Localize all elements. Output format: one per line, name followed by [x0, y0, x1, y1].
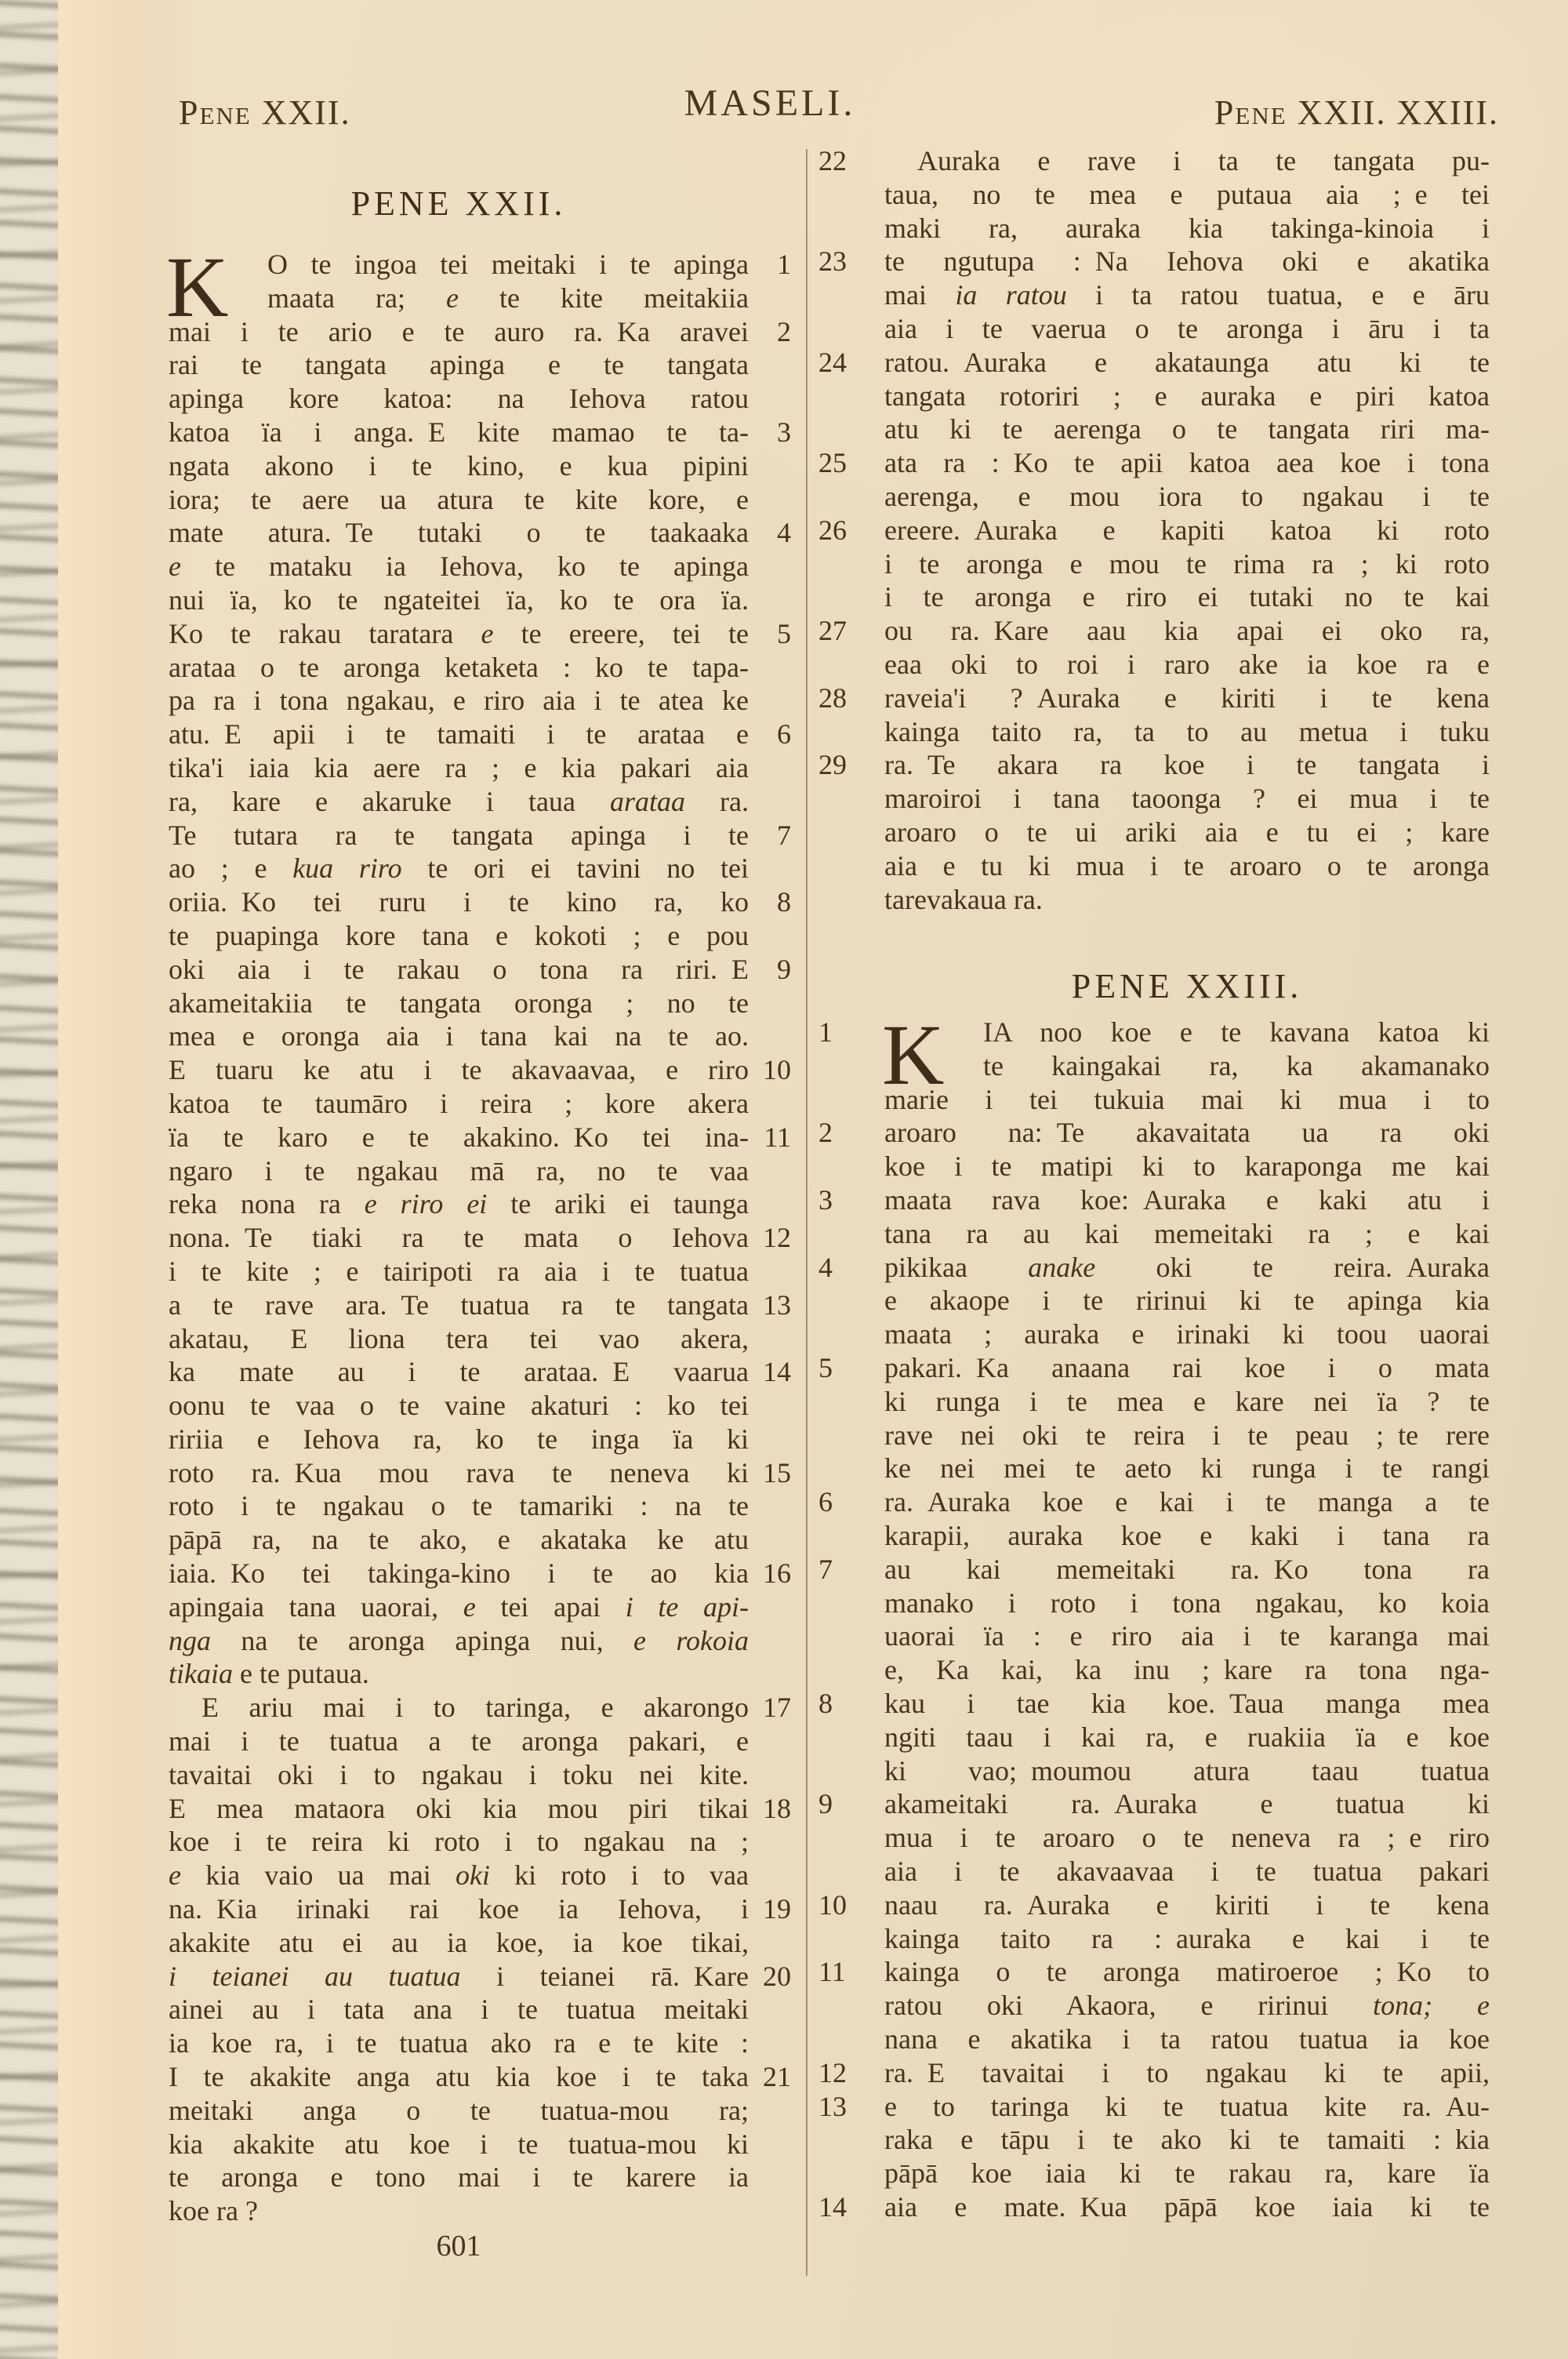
body-text: te ngutupa : Na Iehova oki e akatika	[884, 245, 1490, 277]
text-line: ratou. Auraka e akataunga atu ki te24	[884, 346, 1490, 380]
body-text: taua, no te mea e putaua aia ; e tei	[884, 179, 1490, 210]
body-text: tana ra au kai memeitaki ra ; e kai	[884, 1218, 1490, 1249]
verse-number: 25	[818, 446, 847, 480]
verse-number: 4	[777, 516, 791, 550]
text-line: maki ra, auraka kia takinga-kinoia i	[884, 212, 1490, 245]
text-line: Ko te rakau taratara e te ereere, tei te…	[169, 617, 749, 651]
text-line: ra. Auraka koe e kai i te manga a te6	[884, 1485, 1490, 1519]
text-line: aroaro na: Te akavaitata ua ra oki2	[884, 1116, 1490, 1150]
chapter-heading-pene-xxiii: PENE XXIII.	[884, 966, 1490, 1006]
text-line: raka e tāpu i te ako ki te tamaiti : kia	[884, 2123, 1490, 2157]
body-text: aerenga, e mou iora to ngakau i te	[884, 481, 1490, 512]
body-text: eaa oki to roi i raro ake ia koe ra e	[884, 649, 1490, 680]
text-line: e te mataku ia Iehova, ko te apinga	[169, 550, 749, 583]
body-text: E tuaru ke atu i te akavaavaa, e riro	[169, 1054, 749, 1085]
text-line: atu ki te aerenga o te tangata riri ma-	[884, 413, 1490, 446]
italic-text: e riro ei	[365, 1188, 488, 1219]
text-line: ratou oki Akaora, e ririnui tona; e	[884, 1989, 1490, 2023]
body-text: ata ra : Ko te apii katoa aea koe i tona	[884, 447, 1490, 478]
body-text: ratou oki Akaora, e ririnui	[884, 1990, 1373, 2021]
text-line: iaia. Ko tei takinga-kino i te ao kia16	[169, 1557, 749, 1590]
body-text: aia e tu ki mua i te aroaro o te aronga	[884, 850, 1490, 881]
text-line: i te aronga e mou te rima ra ; ki roto	[884, 547, 1490, 581]
verse-number: 29	[818, 748, 847, 782]
body-text: reka nona ra	[169, 1188, 365, 1219]
body-text: katoa te taumāro i reira ; kore akera	[169, 1088, 749, 1119]
body-text: ou ra. Kare aau kia apai ei oko ra,	[884, 615, 1490, 646]
text-line: kau i tae kia koe. Taua manga mea8	[884, 1687, 1490, 1721]
italic-text: arataa	[610, 786, 685, 817]
body-text: tangata rotoriri ; e auraka e piri katoa	[884, 380, 1490, 412]
text-line: koe i te reira ki roto i to ngakau na ;	[169, 1825, 749, 1859]
text-line: akakite atu ei au ia koe, ia koe tikai,	[169, 1926, 749, 1960]
body-text: maata rava koe: Auraka e kaki atu i	[884, 1184, 1490, 1216]
text-line: oriia. Ko tei ruru i te kino ra, ko8	[169, 885, 749, 919]
text-line: maata rava koe: Auraka e kaki atu i3	[884, 1183, 1490, 1217]
verse-number: 14	[763, 1355, 791, 1389]
body-text: ke nei mei te aeto ki runga i te rangi	[884, 1452, 1490, 1484]
body-text: ngata akono i te kino, e kua pipini	[169, 450, 749, 482]
verse-number: 10	[763, 1053, 791, 1087]
verse-number: 17	[763, 1691, 791, 1725]
body-text: e, Ka kai, ka inu ; kare ra tona nga-	[884, 1654, 1490, 1685]
body-text: ki roto i to vaa	[490, 1859, 749, 1891]
body-text: koe i te matipi ki to karaponga me kai	[884, 1150, 1490, 1182]
text-line: reka nona ra e riro ei te ariki ei taung…	[169, 1187, 749, 1221]
body-text: kainga taito ra : auraka e kai i te	[884, 1923, 1490, 1954]
body-text: e akaope i te ririnui ki te apinga kia	[884, 1285, 1490, 1316]
body-text: tarevakaua ra.	[884, 884, 1043, 915]
text-line: a te rave ara. Te tuatua ra te tangata13	[169, 1289, 749, 1322]
text-line: apingaia tana uaorai, e tei apai i te ap…	[169, 1590, 749, 1624]
verse-number: 4	[818, 1251, 833, 1285]
text-line: E ariu mai i to taringa, e akarongo17	[169, 1691, 749, 1725]
text-line: te aronga e tono mai i te karere ia	[169, 2161, 749, 2194]
right-text-column-ch23: K IA noo koe e te kavana katoa ki1te kai…	[884, 1016, 1490, 2224]
text-line: marie i tei tukuia mai ki mua i to	[884, 1083, 1490, 1117]
body-text: nona. Te tiaki ra te mata o Iehova	[169, 1222, 749, 1253]
text-line: au kai memeitaki ra. Ko tona ra7	[884, 1553, 1490, 1587]
verse-number: 2	[777, 315, 791, 349]
verse-number: 19	[763, 1892, 791, 1926]
text-line: e, Ka kai, ka inu ; kare ra tona nga-	[884, 1653, 1490, 1687]
body-text: Auraka e rave i ta te tangata pu-	[917, 145, 1490, 176]
text-line: ngata akono i te kino, e kua pipini	[169, 449, 749, 483]
verse-number: 6	[777, 718, 791, 751]
verse-number: 11	[818, 1955, 846, 1989]
body-text: ra.	[685, 786, 749, 817]
italic-text: anake	[1028, 1252, 1095, 1283]
body-text: apinga kore katoa: na Iehova ratou	[169, 383, 749, 414]
running-header-title: MASELI.	[684, 82, 856, 125]
text-line: te ngutupa : Na Iehova oki e akatika23	[884, 245, 1490, 278]
verse-number: 21	[763, 2060, 791, 2094]
verse-number: 12	[763, 1221, 791, 1255]
italic-text: e	[463, 1591, 476, 1623]
body-text: pikikaa	[884, 1252, 1028, 1283]
body-text: naau ra. Auraka e kiriti i te kena	[884, 1889, 1490, 1921]
text-line: tana ra au kai memeitaki ra ; e kai	[884, 1217, 1490, 1251]
italic-text: nga	[169, 1625, 211, 1656]
text-line: akameitakiia te tangata oronga ; no te	[169, 987, 749, 1020]
body-text: akameitaki ra. Auraka e tuatua ki	[884, 1788, 1490, 1819]
text-line: aia e mate. Kua pāpā koe iaia ki te14	[884, 2190, 1490, 2224]
body-text: akameitakiia te tangata oronga ; no te	[169, 987, 749, 1019]
body-text: i te aronga e riro ei tutaki no te kai	[884, 581, 1490, 612]
body-text: ki runga i te mea e kare nei ïa ? te	[884, 1386, 1490, 1417]
body-text: E mea mataora oki kia mou piri tikai	[169, 1793, 749, 1824]
body-text: ra. E tavaitai i to ngakau ki te apii,	[884, 2057, 1490, 2088]
text-line: ainei au i tata ana i te tuatua meitaki	[169, 1993, 749, 2026]
body-text: i teianei rā. Kare	[461, 1961, 749, 1992]
text-line: I te akakite anga atu kia koe i te taka2…	[169, 2060, 749, 2094]
italic-text: kua riro	[292, 852, 401, 884]
verse-number: 13	[818, 2090, 847, 2124]
body-text: ainei au i tata ana i te tuatua meitaki	[169, 1994, 749, 2025]
body-text: nui ïa, ko te ngateitei ïa, ko te ora ïa…	[169, 584, 749, 616]
body-text	[1432, 1990, 1477, 2021]
text-line: tavaitai oki i to ngakau i toku nei kite…	[169, 1758, 749, 1792]
body-text: akakite atu ei au ia koe, ia koe tikai,	[169, 1927, 749, 1958]
body-text: te mataku ia Iehova, ko te apinga	[181, 551, 749, 582]
body-text: E ariu mai i to taringa, e akarongo	[201, 1692, 749, 1723]
text-line: i te kite ; e tairipoti ra aia i te tuat…	[169, 1255, 749, 1289]
text-line: naau ra. Auraka e kiriti i te kena10	[884, 1888, 1490, 1922]
text-line: na. Kia irinaki rai koe ia Iehova, i19	[169, 1892, 749, 1926]
text-line: akatau, E liona tera tei vao akera,	[169, 1322, 749, 1356]
body-text: pāpā koe iaia ki te rakau ra, kare ïa	[884, 2157, 1490, 2189]
text-line: nga na te aronga apinga nui, e rokoia	[169, 1624, 749, 1658]
body-text: kainga taito ra, ta to au metua i tuku	[884, 716, 1490, 747]
body-text: oonu te vaa o te vaine akaturi : ko tei	[169, 1390, 749, 1421]
body-text: katoa ïa i anga. E kite mamao te ta-	[169, 416, 749, 448]
body-text: I te akakite anga atu kia koe i te taka	[169, 2061, 749, 2092]
body-text: te kaingakai ra, ka akamanako	[983, 1050, 1490, 1081]
text-line: tangata rotoriri ; e auraka e piri katoa	[884, 380, 1490, 413]
body-text: kainga o te aronga matiroeroe ; Ko to	[884, 1956, 1490, 1987]
body-text: pāpā ra, na te ako, e akataka ke atu	[169, 1524, 749, 1555]
body-text: te ariki ei taunga	[487, 1188, 749, 1219]
text-line: aia i te akavaavaa i te tuatua pakari	[884, 1855, 1490, 1888]
text-line: katoa te taumāro i reira ; kore akera	[169, 1087, 749, 1121]
text-line: i te aronga e riro ei tutaki no te kai	[884, 580, 1490, 614]
running-header-right: Pene XXII. XXIII.	[1214, 93, 1499, 133]
body-text: pakari. Ka anaana rai koe i o mata	[884, 1352, 1490, 1383]
text-line: aia i te vaerua o te aronga i āru i ta	[884, 312, 1490, 346]
body-text: aroaro na: Te akavaitata ua ra oki	[884, 1117, 1490, 1148]
body-text: e te putaua.	[233, 1658, 369, 1689]
body-text: mate atura. Te tutaki o te taakaaka	[169, 517, 749, 548]
running-header-left: Pene XXII.	[179, 93, 351, 133]
text-line: ririia e Iehova ra, ko te inga ïa ki	[169, 1423, 749, 1456]
text-line: raveia'i ? Auraka e kiriti i te kena28	[884, 682, 1490, 715]
text-line: e akaope i te ririnui ki te apinga kia	[884, 1284, 1490, 1318]
body-text: i te kite ; e tairipoti ra aia i te tuat…	[169, 1256, 749, 1287]
italic-text: i teianei au tuatua	[169, 1961, 461, 1992]
verse-number: 27	[818, 614, 847, 648]
text-line: maata ra; e te kite meitakiia	[169, 282, 749, 315]
body-text: au kai memeitaki ra. Ko tona ra	[884, 1554, 1490, 1585]
italic-text: oki	[456, 1859, 490, 1891]
body-text: raveia'i ? Auraka e kiriti i te kena	[884, 682, 1490, 714]
body-text: ereere. Auraka e kapiti katoa ki roto	[884, 514, 1490, 546]
text-line: rave nei oki te reira i te peau ; te rer…	[884, 1419, 1490, 1452]
text-line: ra. Te akara ra koe i te tangata i29	[884, 748, 1490, 782]
text-line: oonu te vaa o te vaine akaturi : ko tei	[169, 1389, 749, 1423]
body-text: marie i tei tukuia mai ki mua i to	[884, 1084, 1490, 1115]
column-divider-rule	[806, 149, 808, 2276]
text-line: kia akakite atu koe i te tuatua-mou ki	[169, 2128, 749, 2161]
body-text: mai	[884, 279, 955, 311]
text-line: katoa ïa i anga. E kite mamao te ta-3	[169, 416, 749, 449]
body-text: te ori ei tavini no tei	[402, 852, 749, 884]
body-text: te aronga e tono mai i te karere ia	[169, 2161, 749, 2193]
body-text: aia e mate. Kua pāpā koe iaia ki te	[884, 2191, 1490, 2223]
body-text: aroaro o te ui ariki aia e tu ei ; kare	[884, 816, 1490, 848]
verse-number: 8	[818, 1687, 833, 1721]
text-line: E tuaru ke atu i te akavaavaa, e riro10	[169, 1053, 749, 1087]
body-text: IA noo koe e te kavana katoa ki	[983, 1016, 1490, 1048]
body-text: O te ingoa tei meitaki i te apinga	[267, 249, 749, 280]
verse-number: 3	[818, 1183, 833, 1217]
body-text: mai i te tuatua a te aronga pakari, e	[169, 1725, 749, 1757]
italic-text: e	[169, 551, 181, 582]
body-text: i ta ratou tuatua, e e āru	[1067, 279, 1490, 311]
body-text: pa ra i tona ngakau, e riro aia i te ate…	[169, 685, 749, 716]
body-text: ao ; e	[169, 852, 292, 884]
text-line: atu. E apii i te tamaiti i te arataa e6	[169, 718, 749, 751]
scanned-book-page: Pene XXII. MASELI. Pene XXII. XXIII. PEN…	[0, 0, 1568, 2359]
body-text: mea e oronga aia i tana kai na te ao.	[169, 1020, 749, 1052]
italic-text: e	[481, 618, 494, 649]
verse-number: 1	[818, 1016, 833, 1049]
text-line: te kaingakai ra, ka akamanako	[884, 1049, 1490, 1083]
text-line: apinga kore katoa: na Iehova ratou	[169, 382, 749, 416]
body-text: na te aronga apinga nui,	[211, 1625, 633, 1656]
text-line: ou ra. Kare aau kia apai ei oko ra,27	[884, 614, 1490, 648]
body-text: kia akakite atu koe i te tuatua-mou ki	[169, 2128, 749, 2160]
text-line: karapii, auraka koe e kaki i tana ra	[884, 1519, 1490, 1553]
verse-number: 1	[777, 248, 791, 282]
verse-number: 5	[777, 617, 791, 651]
body-text: mai i te ario e te auro ra. Ka aravei	[169, 316, 749, 347]
body-text: te ereere, tei te	[493, 618, 749, 649]
text-line: mua i te aroaro o te neneva ra ; e riro	[884, 1821, 1490, 1855]
text-line: ngaro i te ngakau mā ra, no te vaa	[169, 1154, 749, 1188]
text-line: ao ; e kua riro te ori ei tavini no tei	[169, 852, 749, 885]
text-line: pikikaa anake oki te reira. Auraka4	[884, 1251, 1490, 1285]
text-line: maata ; auraka e irinaki ki toou uaorai	[884, 1318, 1490, 1351]
text-line: mai ia ratou i ta ratou tuatua, e e āru	[884, 278, 1490, 312]
verse-number: 10	[818, 1888, 847, 1922]
text-line: nona. Te tiaki ra te mata o Iehova12	[169, 1221, 749, 1255]
text-line: ïa te karo e te akakino. Ko tei ina-11	[169, 1121, 749, 1154]
body-text: atu. E apii i te tamaiti i te arataa e	[169, 718, 749, 750]
body-text: te puapinga kore tana e kokoti ; e pou	[169, 920, 749, 951]
body-text: Ko te rakau taratara	[169, 618, 481, 649]
body-text: i te aronga e mou te rima ra ; ki roto	[884, 548, 1490, 580]
text-line: nana e akatika i ta ratou tuatua ia koe	[884, 2023, 1490, 2056]
text-line: ia koe ra, i te tuatua ako ra e te kite …	[169, 2026, 749, 2060]
verse-number: 7	[777, 819, 791, 852]
text-line: koe ra ?	[169, 2194, 749, 2228]
verse-number: 28	[818, 682, 847, 715]
body-text: ngaro i te ngakau mā ra, no te vaa	[169, 1155, 749, 1187]
body-text: uaorai ïa : e riro aia i te karanga mai	[884, 1620, 1490, 1652]
body-text: e to taringa ki te tuatua kite ra. Au-	[884, 2091, 1490, 2122]
body-text: ka mate au i te arataa. E vaarua	[169, 1356, 749, 1387]
text-line: aia e tu ki mua i te aroaro o te aronga	[884, 849, 1490, 883]
verse-number: 24	[818, 346, 847, 380]
text-line: mai i te ario e te auro ra. Ka aravei2	[169, 315, 749, 349]
text-line: e kia vaio ua mai oki ki roto i to vaa	[169, 1859, 749, 1892]
text-line: pa ra i tona ngakau, e riro aia i te ate…	[169, 684, 749, 718]
verse-number: 16	[763, 1557, 791, 1590]
facing-page-edge	[0, 0, 58, 2359]
text-line: uaorai ïa : e riro aia i te karanga mai	[884, 1619, 1490, 1653]
text-line: ereere. Auraka e kapiti katoa ki roto26	[884, 514, 1490, 547]
text-line: nui ïa, ko te ngateitei ïa, ko te ora ïa…	[169, 583, 749, 617]
text-line: ra. E tavaitai i to ngakau ki te apii,12	[884, 2056, 1490, 2090]
body-text: te kite meitakiia	[459, 282, 749, 314]
verse-number: 12	[818, 2056, 847, 2090]
body-text: raka e tāpu i te ako ki te tamaiti : kia	[884, 2124, 1490, 2155]
text-line: pāpā ra, na te ako, e akataka ke atu	[169, 1523, 749, 1557]
verse-number: 6	[818, 1485, 833, 1519]
text-line: koe i te matipi ki to karaponga me kai	[884, 1150, 1490, 1183]
italic-text: e	[169, 1859, 181, 1891]
body-text: manako i roto i tona ngakau, ko koia	[884, 1587, 1490, 1619]
verse-number: 3	[777, 416, 791, 449]
body-text: maata ra;	[267, 282, 446, 314]
text-line: roto ra. Kua mou rava te neneva ki15	[169, 1456, 749, 1490]
verse-number: 7	[818, 1553, 833, 1587]
verse-number: 9	[818, 1787, 833, 1821]
text-line: tikaia e te putaua.	[169, 1657, 749, 1691]
body-text: apingaia tana uaorai,	[169, 1591, 463, 1623]
text-line: akameitaki ra. Auraka e tuatua ki9	[884, 1787, 1490, 1821]
body-text: Te tutara ra te tangata apinga i te	[169, 820, 749, 851]
italic-text: e rokoia	[633, 1625, 749, 1656]
body-text: arataa o te aronga ketaketa : ko te tapa…	[169, 652, 749, 683]
text-line: tarevakaua ra.	[884, 883, 1490, 917]
text-line: rai te tangata apinga e te tangata	[169, 348, 749, 382]
text-line: ke nei mei te aeto ki runga i te rangi	[884, 1452, 1490, 1485]
body-text: oki te reira. Auraka	[1095, 1252, 1490, 1283]
text-line: Te tutara ra te tangata apinga i te7	[169, 819, 749, 852]
italic-text: ia ratou	[955, 279, 1066, 311]
body-text: aia i te vaerua o te aronga i āru i ta	[884, 313, 1490, 344]
body-text: ra, kare e akaruke i taua	[169, 786, 610, 817]
text-line: O te ingoa tei meitaki i te apinga1	[169, 248, 749, 282]
text-line: kainga o te aronga matiroeroe ; Ko to11	[884, 1955, 1490, 1989]
verse-number: 5	[818, 1351, 833, 1385]
verse-number: 13	[763, 1289, 791, 1322]
text-line: taua, no te mea e putaua aia ; e tei	[884, 178, 1490, 212]
text-line: ngiti taau i kai ra, e ruakiia ïa e koe	[884, 1721, 1490, 1754]
body-text: tika'i iaia kia aere ra ; e kia pakari a…	[169, 752, 749, 783]
text-line: pāpā koe iaia ki te rakau ra, kare ïa	[884, 2157, 1490, 2190]
text-line: ki vao; moumou atura taau tuatua	[884, 1754, 1490, 1788]
text-line: te puapinga kore tana e kokoti ; e pou	[169, 919, 749, 953]
body-text: ïa te karo e te akakino. Ko tei ina-	[169, 1121, 749, 1153]
italic-text: tikaia	[169, 1658, 233, 1689]
text-line: tika'i iaia kia aere ra ; e kia pakari a…	[169, 751, 749, 785]
text-line: Auraka e rave i ta te tangata pu-22	[884, 144, 1490, 178]
body-text: ririia e Iehova ra, ko te inga ïa ki	[169, 1423, 749, 1455]
left-text-column: K O te ingoa tei meitaki i te apinga1maa…	[169, 248, 749, 2228]
text-line: aerenga, e mou iora to ngakau i te	[884, 480, 1490, 514]
text-line: maroiroi i tana taoonga ? ei mua i te	[884, 782, 1490, 816]
text-line: e to taringa ki te tuatua kite ra. Au-13	[884, 2090, 1490, 2124]
body-text: roto i te ngakau o te tamariki : na te	[169, 1490, 749, 1521]
verse-number: 9	[777, 953, 791, 987]
body-text: ra. Auraka koe e kai i te manga a te	[884, 1486, 1490, 1518]
body-text: meitaki anga o te tuatua-mou ra;	[169, 2095, 749, 2126]
text-line: aroaro o te ui ariki aia e tu ei ; kare	[884, 816, 1490, 849]
text-line: mai i te tuatua a te aronga pakari, e	[169, 1725, 749, 1758]
italic-text: e	[1477, 1990, 1490, 2021]
body-text: nana e akatika i ta ratou tuatua ia koe	[884, 2023, 1490, 2055]
text-line: mea e oronga aia i tana kai na te ao.	[169, 1020, 749, 1053]
body-text: rave nei oki te reira i te peau ; te rer…	[884, 1419, 1490, 1451]
text-line: mate atura. Te tutaki o te taakaaka4	[169, 516, 749, 550]
text-line: ra, kare e akaruke i taua arataa ra.	[169, 785, 749, 819]
body-text: ratou. Auraka e akataunga atu ki te	[884, 347, 1490, 378]
page-number: 601	[169, 2229, 749, 2263]
body-text: ia koe ra, i te tuatua ako ra e te kite …	[169, 2027, 749, 2059]
body-text: tei apai	[476, 1591, 626, 1623]
verse-number: 14	[818, 2190, 847, 2224]
text-line: ka mate au i te arataa. E vaarua14	[169, 1355, 749, 1389]
chapter-heading-pene-xxii: PENE XXII.	[169, 184, 749, 224]
body-text: roto ra. Kua mou rava te neneva ki	[169, 1457, 749, 1488]
text-line: iora; te aere ua atura te kite kore, e	[169, 483, 749, 517]
italic-text: i te api-	[626, 1591, 749, 1623]
verse-number: 18	[763, 1792, 791, 1826]
body-text: maroiroi i tana taoonga ? ei mua i te	[884, 783, 1490, 814]
text-line: pakari. Ka anaana rai koe i o mata5	[884, 1351, 1490, 1385]
body-text: kau i tae kia koe. Taua manga mea	[884, 1688, 1490, 1719]
body-text: akatau, E liona tera tei vao akera,	[169, 1323, 749, 1354]
body-text: a te rave ara. Te tuatua ra te tangata	[169, 1289, 749, 1321]
text-line: eaa oki to roi i raro ake ia koe ra e	[884, 648, 1490, 682]
body-text: mua i te aroaro o te neneva ra ; e riro	[884, 1822, 1490, 1853]
italic-text: e	[446, 282, 459, 314]
text-line: roto i te ngakau o te tamariki : na te	[169, 1489, 749, 1523]
body-text: oriia. Ko tei ruru i te kino ra, ko	[169, 886, 749, 918]
body-text: maata ; auraka e irinaki ki toou uaorai	[884, 1318, 1490, 1350]
text-line: meitaki anga o te tuatua-mou ra;	[169, 2094, 749, 2128]
body-text: ra. Te akara ra koe i te tangata i	[884, 749, 1490, 780]
body-text: ki vao; moumou atura taau tuatua	[884, 1755, 1490, 1787]
text-line: kainga taito ra, ta to au metua i tuku	[884, 715, 1490, 749]
right-text-column-ch22: Auraka e rave i ta te tangata pu-22taua,…	[884, 144, 1490, 916]
verse-number: 11	[764, 1121, 791, 1154]
text-line: arataa o te aronga ketaketa : ko te tapa…	[169, 651, 749, 685]
body-text: iaia. Ko tei takinga-kino i te ao kia	[169, 1558, 749, 1589]
body-text: iora; te aere ua atura te kite kore, e	[169, 484, 749, 515]
text-line: IA noo koe e te kavana katoa ki1	[884, 1016, 1490, 1049]
verse-number: 20	[763, 1960, 791, 1994]
body-text: tavaitai oki i to ngakau i toku nei kite…	[169, 1759, 749, 1790]
italic-text: tona;	[1373, 1990, 1432, 2021]
text-line: ata ra : Ko te apii katoa aea koe i tona…	[884, 446, 1490, 480]
text-line: oki aia i te rakau o tona ra riri. E9	[169, 953, 749, 987]
body-text: oki aia i te rakau o tona ra riri. E	[169, 954, 749, 985]
verse-number: 8	[777, 885, 791, 919]
verse-number: 26	[818, 514, 847, 547]
